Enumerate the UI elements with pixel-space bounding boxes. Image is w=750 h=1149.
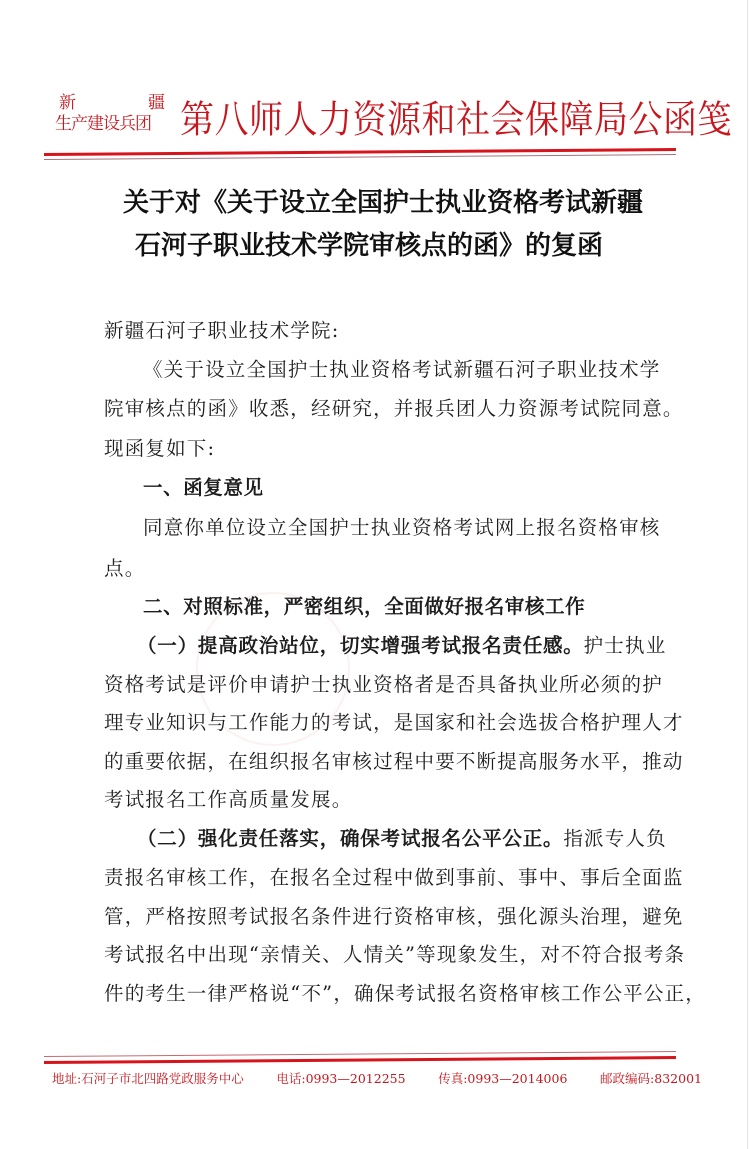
footer-rule-thick	[44, 1056, 676, 1064]
section-1-line-2: 点。	[104, 557, 145, 581]
section-2-item-1-line-5: 考试报名工作高质量发展。	[104, 788, 352, 812]
section-2-item-2-line-4: 考试报名中出现“亲情关、人情关”等现象发生，对不符合报考条	[104, 943, 685, 967]
footer-postcode: 邮政编码:832001	[600, 1071, 702, 1087]
section-2-item-2-first-line: （二）强化责任落实，确保考试报名公平公正。指派专人负	[137, 827, 667, 851]
section-2-item-2-line-3: 管，严格按照考试报名条件进行资格审核，强化源头治理，避免	[104, 905, 684, 929]
letterhead-prefix-jiang: 疆	[148, 93, 165, 113]
footer-phone: 电话:0993—2012255	[276, 1071, 405, 1087]
section-2-heading: 二、对照标准，严密组织，全面做好报名审核工作	[143, 595, 585, 619]
section-2-item-1-first-rest: 护士执业	[584, 634, 667, 657]
letterhead-prefix-bingtuan: 生产建设兵团	[55, 113, 173, 135]
footer-address: 地址:石河子市北四路党政服务中心	[52, 1071, 244, 1087]
intro-line-1: 《关于设立全国护士执业资格考试新疆石河子职业技术学	[143, 358, 661, 382]
section-2-item-1-first-line: （一）提高政治站位，切实增强考试报名责任感。护士执业	[137, 634, 666, 658]
section-2-item-2-line-2: 责报名审核工作，在报名全过程中做到事前、事中、事后全面监	[104, 866, 684, 890]
letterhead-prefix-top: 新 疆	[55, 93, 173, 113]
section-2-item-1-line-4: 的重要依据，在组织报名审核过程中要不断提高服务水平，推动	[104, 750, 684, 774]
intro-line-3: 现函复如下:	[104, 437, 215, 461]
footer-contact: 地址:石河子市北四路党政服务中心 电话:0993—2012255 传真:0993…	[52, 1071, 702, 1087]
letterhead-prefix-xin: 新	[59, 93, 76, 113]
letterhead-title: 第八师人力资源和社会保障局公函笺	[180, 92, 732, 148]
document-title-line-2: 石河子职业技术学院审核点的函》的复函	[0, 225, 744, 262]
section-2-item-1-line-2: 资格考试是评价申请护士执业资格者是否具备执业所必须的护	[104, 673, 663, 697]
section-1-heading: 一、函复意见	[143, 476, 264, 500]
salutation: 新疆石河子职业技术学院:	[104, 319, 339, 343]
section-2-item-2-line-5: 件的考生一律严格说“不”，确保考试报名资格审核工作公平公正，	[104, 982, 706, 1006]
footer-fax: 传真:0993—2014006	[438, 1071, 567, 1087]
section-2-item-2-lead: （二）强化责任落实，确保考试报名公平公正。	[137, 827, 563, 850]
section-2-item-1-line-3: 理专业知识与工作能力的考试，是国家和社会选拔合格护理人才	[104, 711, 684, 735]
intro-line-2: 院审核点的函》收悉，经研究，并报兵团人力资源考试院同意。	[104, 397, 684, 421]
page-edge	[747, 0, 748, 1149]
section-2-item-1-lead: （一）提高政治站位，切实增强考试报名责任感。	[137, 634, 584, 657]
section-1-line-1: 同意你单位设立全国护士执业资格考试网上报名资格审核	[143, 516, 661, 540]
letterhead-prefix: 新 疆 生产建设兵团	[55, 93, 173, 135]
document-title-line-1: 关于对《关于设立全国护士执业资格考试新疆	[8, 182, 750, 219]
section-2-item-2-first-rest: 指派专人负	[563, 827, 667, 850]
